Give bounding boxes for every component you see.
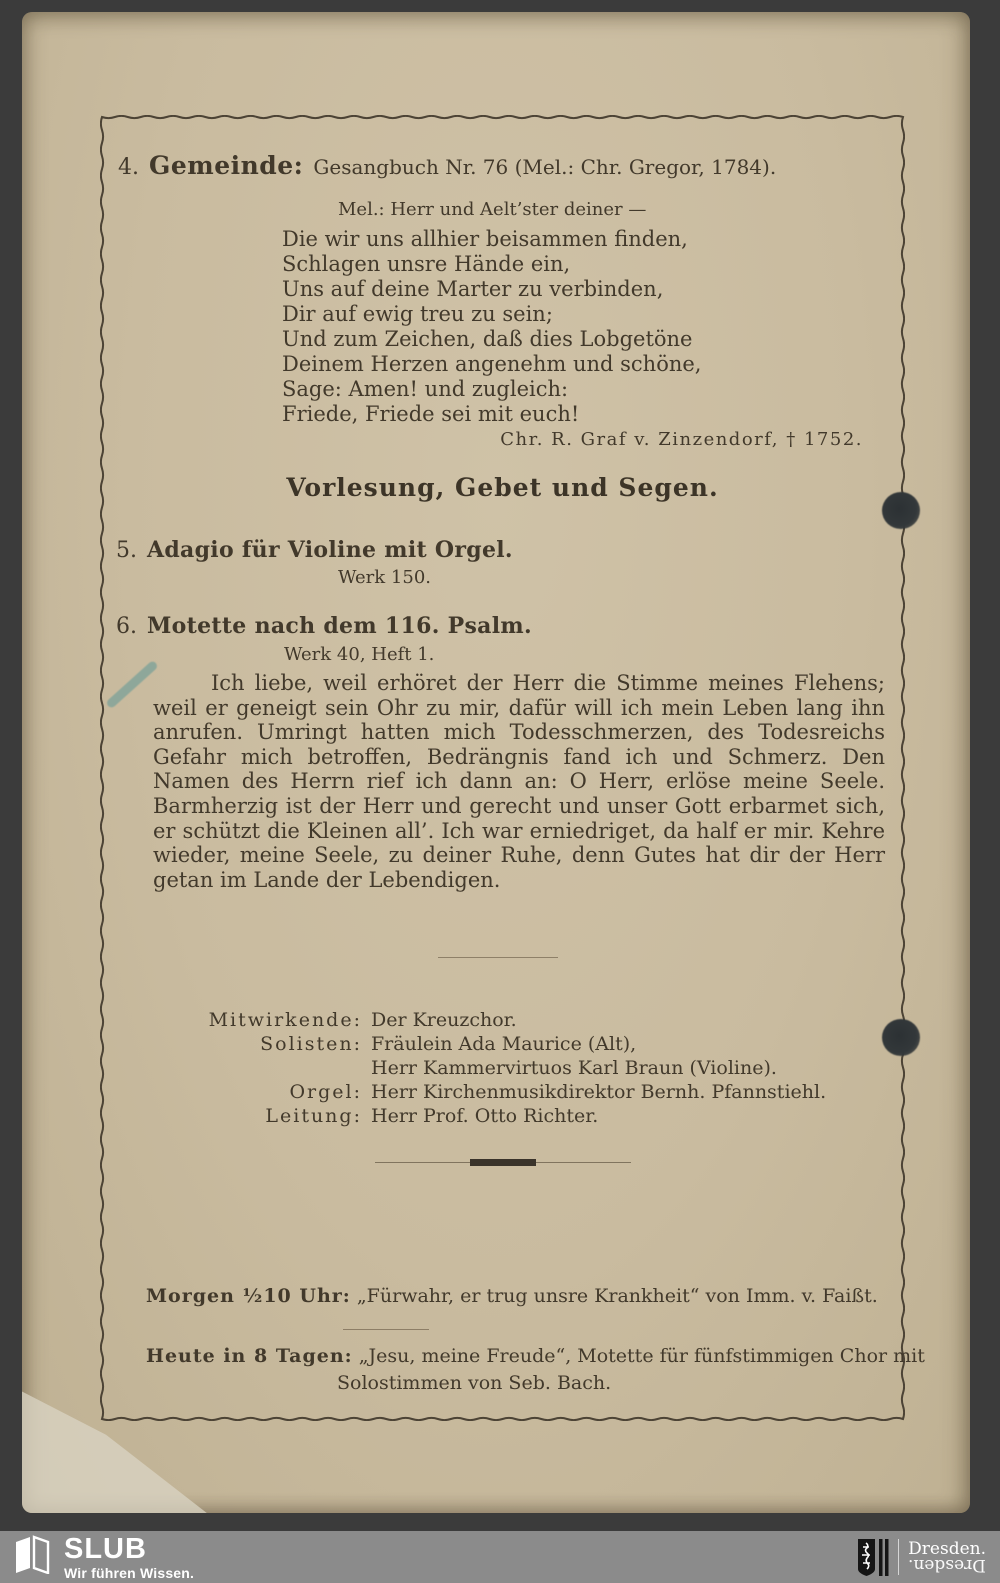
- participant-value: Herr Prof. Otto Richter.: [362, 1104, 598, 1128]
- verse-line: Und zum Zeichen, daß dies Lobgetöne: [282, 327, 701, 352]
- scanned-page: 4. Gemeinde: Gesangbuch Nr. 76 (Mel.: Ch…: [22, 12, 970, 1513]
- logo-divider: [898, 1539, 899, 1575]
- work-number: Werk 150.: [338, 567, 431, 588]
- thin-divider: [438, 957, 558, 958]
- program-item-4: 4. Gemeinde: Gesangbuch Nr. 76 (Mel.: Ch…: [118, 151, 776, 180]
- participant-value: Herr Kammervirtuos Karl Braun (Violine).: [362, 1056, 777, 1080]
- dresden-crest-icon: [857, 1537, 889, 1577]
- ink-blot: [882, 1019, 920, 1056]
- item-detail: Gesangbuch Nr. 76 (Mel.: Chr. Gregor, 17…: [313, 155, 776, 179]
- participant-value: Fräulein Ada Maurice (Alt),: [362, 1032, 636, 1056]
- verse-line: Schlagen unsre Hände ein,: [282, 252, 701, 277]
- verse-line: Deinem Herzen angenehm und schöne,: [282, 352, 701, 377]
- program-item-6: 6. Motette nach dem 116. Psalm.: [116, 613, 532, 639]
- open-book-icon: [14, 1534, 52, 1574]
- viewer-footer: SLUB Wir führen Wissen. Dresden. Dresden…: [0, 1531, 1000, 1583]
- participant-row: Orgel:Herr Kirchenmusikdirektor Bernh. P…: [100, 1080, 905, 1104]
- participant-label: Leitung:: [100, 1104, 362, 1128]
- item-number: 4.: [118, 155, 139, 180]
- program-content: 4. Gemeinde: Gesangbuch Nr. 76 (Mel.: Ch…: [100, 115, 905, 1421]
- announcement-label: Heute in 8 Tagen:: [146, 1345, 353, 1367]
- melody-line: Mel.: Herr und Aelt’ster deiner —: [338, 199, 646, 220]
- verse-line: Uns auf deine Marter zu verbinden,: [282, 277, 701, 302]
- participant-row: Leitung:Herr Prof. Otto Richter.: [100, 1104, 905, 1128]
- participant-label: Mitwirkende:: [100, 1008, 362, 1032]
- announcement-text: „Jesu, meine Freude“, Motette für fünfst…: [359, 1345, 925, 1367]
- item-title: Adagio für Violine mit Orgel.: [147, 537, 513, 563]
- participant-row: Mitwirkende:Der Kreuzchor.: [100, 1008, 905, 1032]
- item-title: Gemeinde:: [149, 151, 303, 180]
- participant-value: Herr Kirchenmusikdirektor Bernh. Pfannst…: [362, 1080, 826, 1104]
- item-number: 6.: [116, 614, 137, 639]
- participant-label: Orgel:: [100, 1080, 362, 1104]
- announcement-text-continued: Solostimmen von Seb. Bach.: [337, 1372, 611, 1394]
- participant-row: Herr Kammervirtuos Karl Braun (Violine).: [100, 1056, 905, 1080]
- work-number: Werk 40, Heft 1.: [284, 644, 434, 665]
- thin-divider: [343, 1329, 429, 1330]
- verse-line: Die wir uns allhier beisammen finden,: [282, 227, 701, 252]
- announcement-next-week: Heute in 8 Tagen: „Jesu, meine Freude“, …: [146, 1345, 925, 1367]
- divider-bar: [470, 1159, 536, 1166]
- verse-line: Sage: Amen! und zugleich:: [282, 377, 701, 402]
- announcement-label: Morgen ½10 Uhr:: [146, 1285, 351, 1307]
- verse-line: Dir auf ewig treu zu sein;: [282, 302, 701, 327]
- announcement-tomorrow: Morgen ½10 Uhr: „Fürwahr, er trug unsre …: [146, 1285, 878, 1307]
- fancy-divider: [375, 1159, 631, 1166]
- hymn-verse: Die wir uns allhier beisammen finden,Sch…: [282, 227, 701, 427]
- brand-tagline: Wir führen Wissen.: [64, 1565, 194, 1581]
- participants-list: Mitwirkende:Der Kreuzchor.Solisten:Fräul…: [100, 1008, 905, 1128]
- item-number: 5.: [116, 538, 137, 563]
- program-item-5: 5. Adagio für Violine mit Orgel.: [116, 537, 513, 563]
- verse-line: Friede, Friede sei mit euch!: [282, 402, 701, 427]
- dresden-branding: Dresden. Dresden.: [857, 1537, 986, 1577]
- psalm-text: Ich liebe, weil erhöret der Herr die Sti…: [153, 671, 885, 892]
- city-logo-text-mirrored: Dresden.: [908, 1557, 986, 1573]
- item-title: Motette nach dem 116. Psalm.: [147, 613, 532, 639]
- brand-name: SLUB: [64, 1534, 194, 1564]
- hymn-attribution: Chr. R. Graf v. Zinzendorf, † 1752.: [500, 429, 863, 450]
- section-heading: Vorlesung, Gebet und Segen.: [100, 473, 905, 502]
- ink-blot: [882, 492, 920, 529]
- participant-label: Solisten:: [100, 1032, 362, 1056]
- slub-branding: SLUB Wir führen Wissen.: [14, 1534, 194, 1581]
- participant-label: [100, 1056, 362, 1080]
- participant-value: Der Kreuzchor.: [362, 1008, 517, 1032]
- announcement-text: „Fürwahr, er trug unsre Krankheit“ von I…: [357, 1285, 878, 1307]
- participant-row: Solisten:Fräulein Ada Maurice (Alt),: [100, 1032, 905, 1056]
